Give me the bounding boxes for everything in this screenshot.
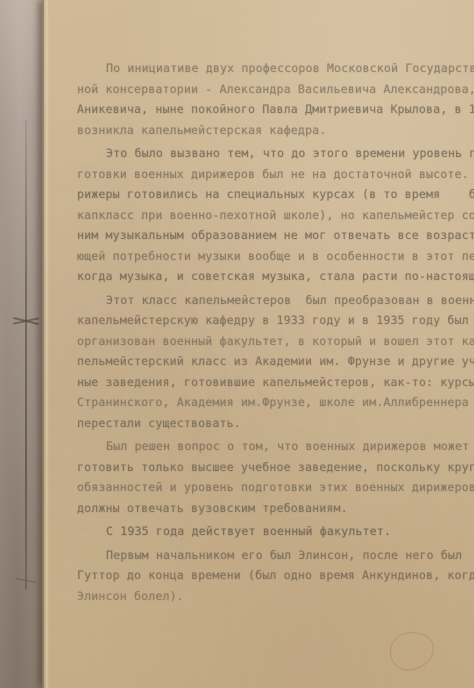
text-line: Гуттор до конца времени (был одно время … xyxy=(77,565,474,586)
thread-knot-bottom xyxy=(16,576,36,586)
stain-mark xyxy=(388,629,437,673)
paragraph: С 1935 года действует военный факультет. xyxy=(77,521,474,542)
paragraph: Первым начальником его был Элинсон, посл… xyxy=(77,545,474,607)
text-line: рижеры готовились на специальных курсах … xyxy=(77,184,474,205)
scanned-document: По инициативе двух профессоров Московско… xyxy=(0,0,474,688)
text-line: перестали существовать. xyxy=(77,413,474,434)
text-line: Элинсон болел). xyxy=(77,586,474,607)
text-line: Был решен вопрос о том, что военных дири… xyxy=(77,436,474,457)
page-edge-highlight xyxy=(46,0,49,688)
text-line: возникла капельмейстерская кафедра. xyxy=(77,120,474,141)
paragraph: Это было вызвано тем, что до этого време… xyxy=(77,143,474,287)
paragraph: По инициативе двух профессоров Московско… xyxy=(77,58,474,140)
text-line: Этот класс капельмейстеров был преобразо… xyxy=(77,290,474,311)
text-line: готовки военных дирижеров был не на дост… xyxy=(77,164,474,185)
page: По инициативе двух профессоров Московско… xyxy=(42,0,474,688)
text-line: Первым начальником его был Элинсон, посл… xyxy=(77,545,474,566)
thread-knot xyxy=(13,314,39,328)
text-line: пельмейстерский класс из Академии им. Фр… xyxy=(77,351,474,372)
binding-thread xyxy=(25,120,27,590)
text-line: ющей потребности музыки вообще и в особе… xyxy=(77,246,474,267)
text-line: Это было вызвано тем, что до этого време… xyxy=(77,143,474,164)
text-line: Аникевича, ныне покойного Павла Дмитриев… xyxy=(77,99,474,120)
text-line: ной консерватории - Александра Васильеви… xyxy=(77,79,474,100)
text-line: Странинского, Академия им.Фрунзе, школе … xyxy=(77,392,474,413)
text-line: ные заведения, готовившие капельмейстеро… xyxy=(77,372,474,393)
text-line: обязанностей и уровень подготовки этих в… xyxy=(77,477,474,498)
binding-strip xyxy=(0,0,42,688)
text-line: С 1935 года действует военный факультет. xyxy=(77,521,474,542)
text-line: капкласс при военно-пехотной школе), но … xyxy=(77,205,474,226)
text-line: когда музыка, и советская музыка, стала … xyxy=(77,266,474,287)
text-line: организован военный факультет, в который… xyxy=(77,331,474,352)
typed-text: По инициативе двух профессоров Московско… xyxy=(77,58,474,609)
paragraph: Был решен вопрос о том, что военных дири… xyxy=(77,436,474,518)
text-line: ним музыкальным образованием не мог отве… xyxy=(77,225,474,246)
paragraph: Этот класс капельмейстеров был преобразо… xyxy=(77,290,474,434)
text-line: По инициативе двух профессоров Московско… xyxy=(77,58,474,79)
text-line: готовить только высшее учебное заведение… xyxy=(77,457,474,478)
text-line: капельмейстерскую кафедру в 1933 году и … xyxy=(77,310,474,331)
text-line: должны отвечать вузовским требованиям. xyxy=(77,498,474,519)
